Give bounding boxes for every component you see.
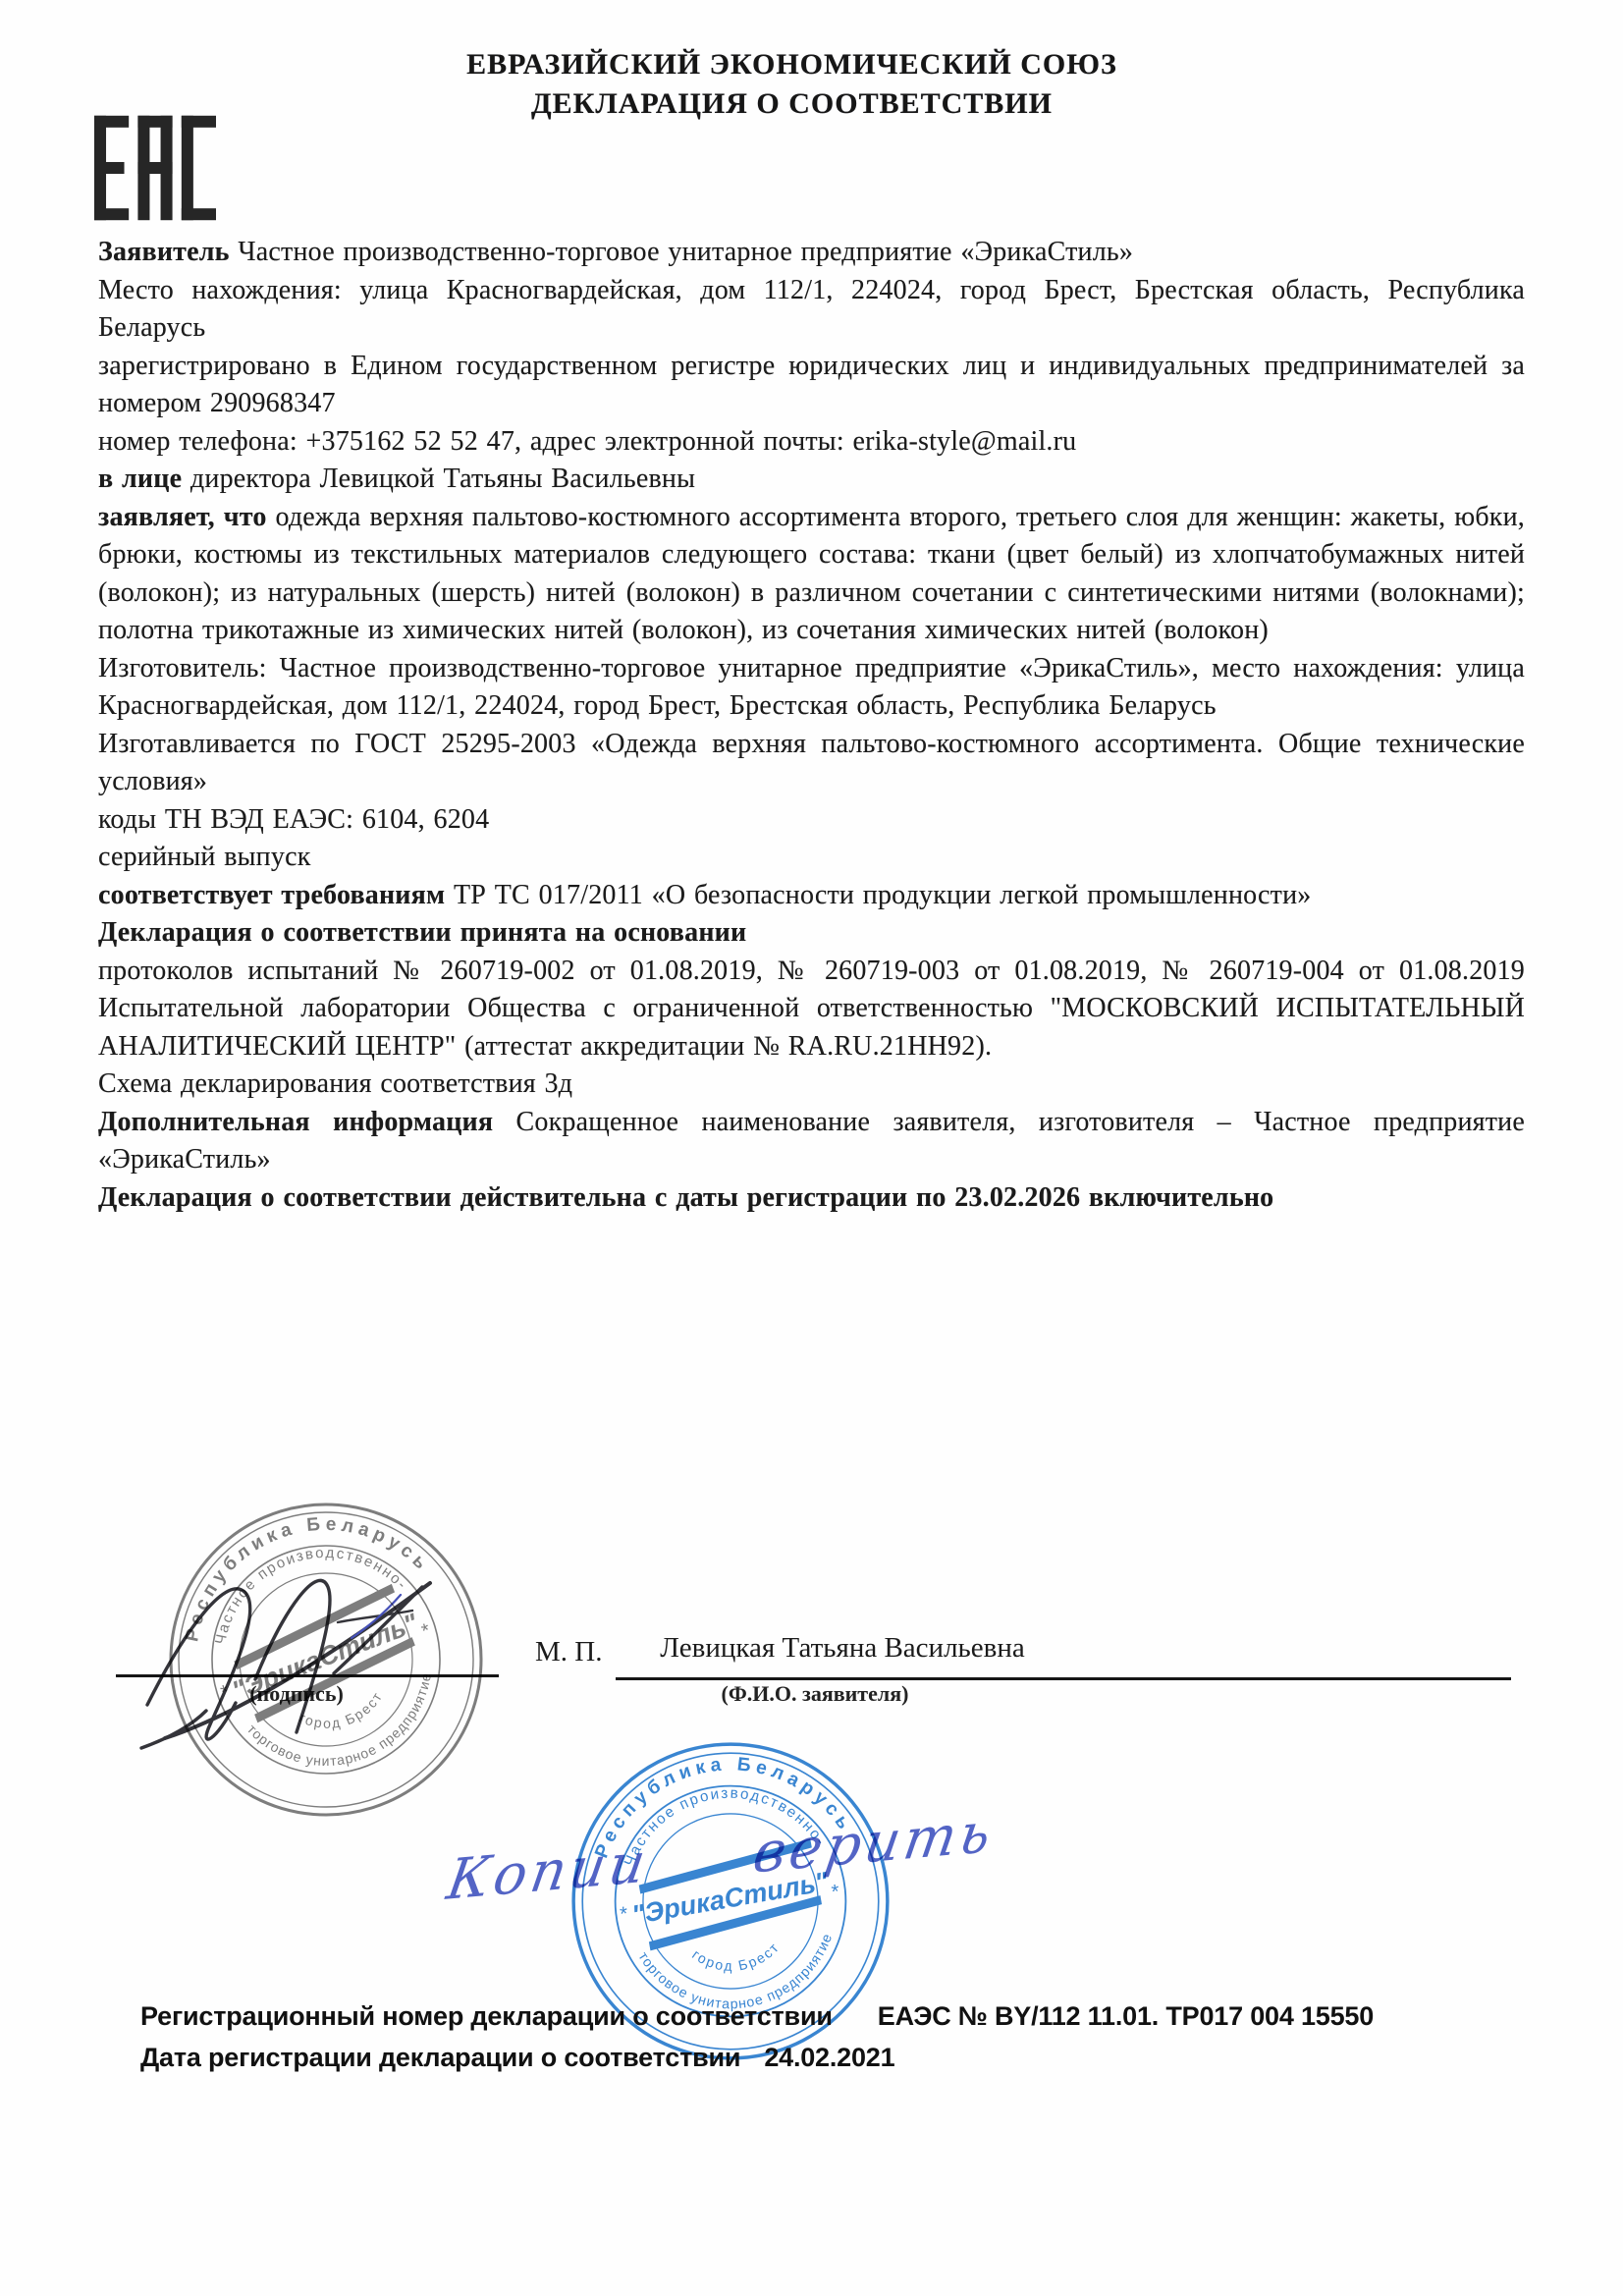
document-page: ЕВРАЗИЙСКИЙ ЭКОНОМИЧЕСКИЙ СОЮЗ ДЕКЛАРАЦИ… xyxy=(0,0,1623,2296)
paragraph: Декларация о соответствии действительна … xyxy=(98,1179,1525,1218)
paragraph: Изготавливается по ГОСТ 25295-2003 «Одеж… xyxy=(98,726,1525,801)
paragraph: Изготовитель: Частное производственно-то… xyxy=(98,650,1525,726)
handwriting-copy-note: Копии верить xyxy=(443,1800,1001,1913)
paragraph: соответствует требованиям ТР ТС 017/2011… xyxy=(98,877,1525,915)
declarant-name-line xyxy=(616,1677,1511,1680)
paragraph: заявляет, что одежда верхняя пальтово-ко… xyxy=(98,499,1525,650)
body-paragraphs: Заявитель Частное производственно-торгов… xyxy=(98,234,1525,1217)
declarant-name: Левицкая Татьяна Васильевна xyxy=(636,1632,1049,1665)
paragraph: протоколов испытаний № 260719-002 от 01.… xyxy=(98,953,1525,1066)
stamp-star-left: * xyxy=(619,1903,628,1926)
paragraph: Заявитель Частное производственно-торгов… xyxy=(98,234,1525,272)
title-line-union: ЕВРАЗИЙСКИЙ ЭКОНОМИЧЕСКИЙ СОЮЗ xyxy=(0,45,1584,84)
registration-number-row: Регистрационный номер декларации о соотв… xyxy=(140,2001,1374,2032)
registration-date-value: 24.02.2021 xyxy=(764,2043,894,2072)
stamp-city-text: город Брест xyxy=(687,1939,785,1980)
stamp-star-right: * xyxy=(831,1882,840,1904)
paragraph: Место нахождения: улица Красногвардейска… xyxy=(98,272,1525,348)
registration-number-value: ЕАЭС № BY/112 11.01. ТР017 004 15550 xyxy=(878,2001,1374,2031)
paragraph: коды ТН ВЭД ЕАЭС: 6104, 6204 xyxy=(98,801,1525,840)
mp-label: М. П. xyxy=(535,1636,602,1668)
registration-number-label: Регистрационный номер декларации о соотв… xyxy=(140,2001,833,2031)
registration-date-row: Дата регистрации декларации о соответств… xyxy=(140,2043,894,2073)
paragraph: номер телефона: +375162 52 52 47, адрес … xyxy=(98,423,1525,462)
document-title: ЕВРАЗИЙСКИЙ ЭКОНОМИЧЕСКИЙ СОЮЗ ДЕКЛАРАЦИ… xyxy=(0,45,1584,124)
title-line-declaration: ДЕКЛАРАЦИЯ О СООТВЕТСТВИИ xyxy=(0,84,1584,124)
paragraph: серийный выпуск xyxy=(98,839,1525,877)
paragraph: зарегистрировано в Едином государственно… xyxy=(98,348,1525,423)
declarant-caption: (Ф.И.О. заявителя) xyxy=(687,1681,943,1707)
signature-scrawl xyxy=(106,1501,499,1776)
paragraph: Схема декларирования соответствия 3д xyxy=(98,1066,1525,1104)
paragraph: Дополнительная информация Сокращенное на… xyxy=(98,1104,1525,1179)
eac-logo xyxy=(94,110,216,226)
paragraph: Декларация о соответствии принята на осн… xyxy=(98,914,1525,953)
registration-date-label: Дата регистрации декларации о соответств… xyxy=(140,2043,740,2072)
paragraph: в лице директора Левицкой Татьяны Василь… xyxy=(98,461,1525,499)
